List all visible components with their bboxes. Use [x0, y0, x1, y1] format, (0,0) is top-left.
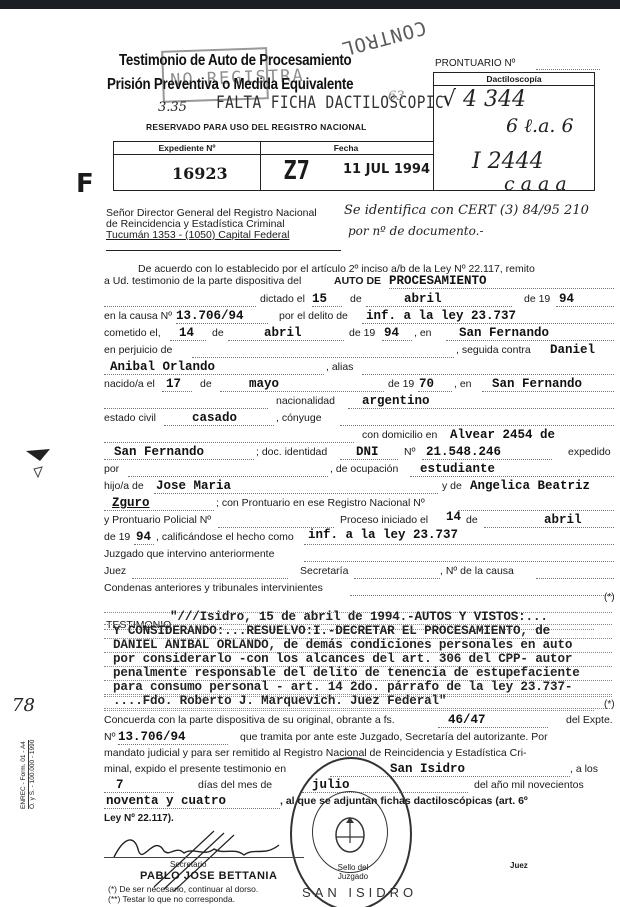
- footnote-1: (*) De ser necesario, continuar al dorso…: [108, 884, 258, 894]
- cometido-month: abril: [264, 326, 302, 340]
- hand-note-right: 63: [388, 89, 405, 104]
- fojas-value: 46/47: [448, 713, 486, 727]
- nacido-day: 17: [166, 377, 181, 391]
- doc-type: DNI: [356, 445, 379, 459]
- domicilio-value2: San Fernando: [114, 445, 204, 459]
- prontuario-field: [536, 69, 600, 70]
- addressee-block: Señor Director General del Registro Naci…: [106, 208, 317, 241]
- row-proceso: y Prontuario Policial Nº Proceso iniciad…: [104, 512, 614, 528]
- testimonio-line: por considerarlo -con los alcances del a…: [113, 652, 572, 666]
- lugar-value: San Isidro: [390, 762, 465, 776]
- folio-number: 78: [12, 695, 35, 716]
- dictado-month: abril: [404, 292, 442, 306]
- reserved-label: RESERVADO PARA USO DEL REGISTRO NACIONAL: [146, 122, 367, 132]
- nacionalidad-value: argentino: [362, 394, 430, 408]
- ley-reference: Ley Nº 22.117).: [104, 813, 174, 824]
- asterisk-note-1: (*): [604, 592, 615, 603]
- doc-number: 21.548.246: [426, 445, 501, 459]
- expediente-label: Expediente Nº: [114, 142, 260, 155]
- domicilio-value1: Alvear 2454 de: [450, 428, 555, 442]
- testimonio-line: DANIEL ANIBAL ORLANDO, de demás condicio…: [113, 638, 572, 652]
- fecha-stamp: Z7: [283, 156, 310, 186]
- proceso-year: 94: [136, 530, 151, 544]
- row-domicilio: con domicilio en Alvear 2454 de: [104, 427, 614, 443]
- row-expte: Nº 13.706/94 que tramita por ante este J…: [104, 729, 614, 745]
- testimonio-line: penalmente responsable del delito de ten…: [113, 666, 580, 680]
- dactiloscopia-box: Dactiloscopía √ 4 344 6 ℓ.a. 6 I 2444 c …: [433, 72, 595, 191]
- hand-note-identifica: Se identifica con CERT (3) 84/95 210: [344, 203, 589, 218]
- calificacion-value: inf. a la ley 23.737: [308, 528, 458, 542]
- expte-value: 13.706/94: [118, 730, 186, 744]
- testimonio-line: ....Fdo. Roberto J. Marquevich. Juez Fed…: [113, 694, 446, 708]
- row-juez: Juez Secretaría , Nº de la causa: [104, 563, 614, 579]
- footnotes: (*) De ser necesario, continuar al dorso…: [108, 884, 258, 904]
- cometido-day: 14: [179, 326, 194, 340]
- top-bar: [0, 0, 620, 9]
- nacido-year: 70: [419, 377, 434, 391]
- secretario-label: Secretario: [170, 860, 206, 869]
- row-estado-civil: estado civil casado , cónyuge: [104, 410, 614, 426]
- testimonio-line: para consumo personal - art. 14 2do. pár…: [113, 680, 572, 694]
- anio-value: noventa y cuatro: [106, 794, 226, 808]
- row-documento: San Fernando ; doc. identidad DNI Nº 21.…: [104, 444, 614, 460]
- row-condenas: Condenas anteriores y tribunales intervi…: [104, 580, 614, 596]
- prontuario-label: PRONTUARIO Nº: [435, 58, 515, 69]
- row-nacido: nacido/a el 17 de mayo de 19 70 , en San…: [104, 376, 614, 392]
- nacido-place: San Fernando: [492, 377, 582, 391]
- coat-of-arms-icon: [330, 811, 370, 855]
- footnote-2: (**) Testar lo que no corresponda.: [108, 894, 258, 904]
- fecha-date: 11 JUL 1994: [343, 162, 430, 177]
- dictado-day: 15: [312, 292, 327, 306]
- control-stamp: CONTROL: [339, 16, 429, 60]
- row-ocupacion: por , de ocupación estudiante: [104, 461, 614, 477]
- madre-value2: Zguro: [112, 496, 150, 510]
- dactiloscopia-label: Dactiloscopía: [434, 73, 594, 86]
- row-prontuario-registro: Zguro ; con Prontuario en ese Registro N…: [104, 495, 614, 511]
- ink-smudge-icon: [22, 441, 58, 481]
- row-alias: Anibal Orlando , alias: [104, 359, 614, 375]
- row-calificacion: de 19 94 , calificándose el hecho como i…: [104, 529, 614, 545]
- testimonio-line: Y CONSIDERANDO:...RESUELVO:I.-DECRETAR E…: [113, 624, 550, 638]
- fecha-box: Fecha Z7 11 JUL 1994: [259, 141, 434, 191]
- dactiloscopia-line1: √ 4 344: [442, 87, 526, 112]
- intro-line2: a Ud. testimonio de la parte dispositiva…: [104, 273, 614, 289]
- nacido-month: mayo: [249, 377, 279, 391]
- testimonio-line: "///Isidro, 15 de abril de 1994.-AUTOS Y…: [170, 610, 548, 624]
- expediente-box: Expediente Nº 16923: [113, 141, 261, 191]
- madre-value1: Angelica Beatriz: [470, 479, 590, 493]
- row-juzgado-anterior: Juzgado que intervino anteriormente: [104, 546, 614, 562]
- secretario-signature-line: [104, 857, 304, 858]
- testimonio-underline: [104, 708, 612, 709]
- delito-value: inf. a la ley 23.737: [366, 309, 516, 323]
- addressee-line3: Tucumán 1353 - (1050) Capital Federal: [106, 230, 317, 241]
- court-seal: Sello del Juzgado SAN ISIDRO: [290, 757, 412, 907]
- hand-note-left: 3.35: [158, 100, 187, 115]
- row-concuerda: Concuerda con la parte dispositiva de su…: [104, 712, 614, 728]
- form-code: ENREC - Form. 01 - A4 O. y S. - 100.000 …: [20, 740, 37, 809]
- dactiloscopia-line2: 6 ℓ.a. 6: [506, 115, 574, 138]
- addressee-rule: [106, 250, 341, 251]
- proceso-month: abril: [544, 513, 582, 527]
- seal-text-bottom: SAN ISIDRO: [302, 885, 417, 900]
- fecha-label: Fecha: [259, 142, 433, 155]
- testimonio-blank-line-2: [104, 710, 594, 711]
- dactiloscopia-line3: I 2444: [472, 149, 544, 174]
- cometido-place: San Fernando: [459, 326, 549, 340]
- margin-letter: F: [76, 169, 94, 199]
- seguida-value1: Daniel: [550, 343, 595, 357]
- expediente-value: 16923: [172, 164, 228, 183]
- secretario-name: PABLO JOSE BETTANIA: [140, 870, 277, 882]
- row-dictado: dictado el 15 de abril de 19 94: [104, 291, 614, 307]
- auto-type-value: PROCESAMIENTO: [389, 274, 487, 288]
- row-perjuicio: en perjuicio de , seguida contra Daniel: [104, 342, 614, 358]
- padre-value: Jose Maria: [156, 479, 231, 493]
- dactiloscopia-line4: c a a a: [504, 173, 567, 195]
- row-cometido: cometido el, 14 de abril de 19 94 , en S…: [104, 325, 614, 341]
- ocupacion-value: estudiante: [420, 462, 495, 476]
- dictado-year: 94: [559, 292, 574, 306]
- estado-civil-value: casado: [192, 411, 237, 425]
- cometido-year: 94: [384, 326, 399, 340]
- proceso-day: 14: [446, 510, 461, 524]
- row-padres: hijo/a de Jose Maria y de Angelica Beatr…: [104, 478, 614, 494]
- row-nacionalidad: nacionalidad argentino: [104, 393, 614, 409]
- document-page: Testimonio de Auto de Procesamiento Pris…: [0, 9, 620, 907]
- row-causa: en la causa Nº 13.706/94 por el delito d…: [104, 308, 614, 324]
- hand-note-documento: por nº de documento.-: [348, 224, 484, 238]
- sello-label: Sello del Juzgado: [334, 863, 372, 881]
- causa-number: 13.706/94: [176, 309, 244, 323]
- juez-label: Juez: [510, 861, 528, 870]
- dia-value: 7: [116, 778, 124, 792]
- seguida-value2: Anibal Orlando: [110, 360, 215, 374]
- falta-ficha-stamp: FALTA FICHA DACTILOSCOPIC: [216, 93, 444, 113]
